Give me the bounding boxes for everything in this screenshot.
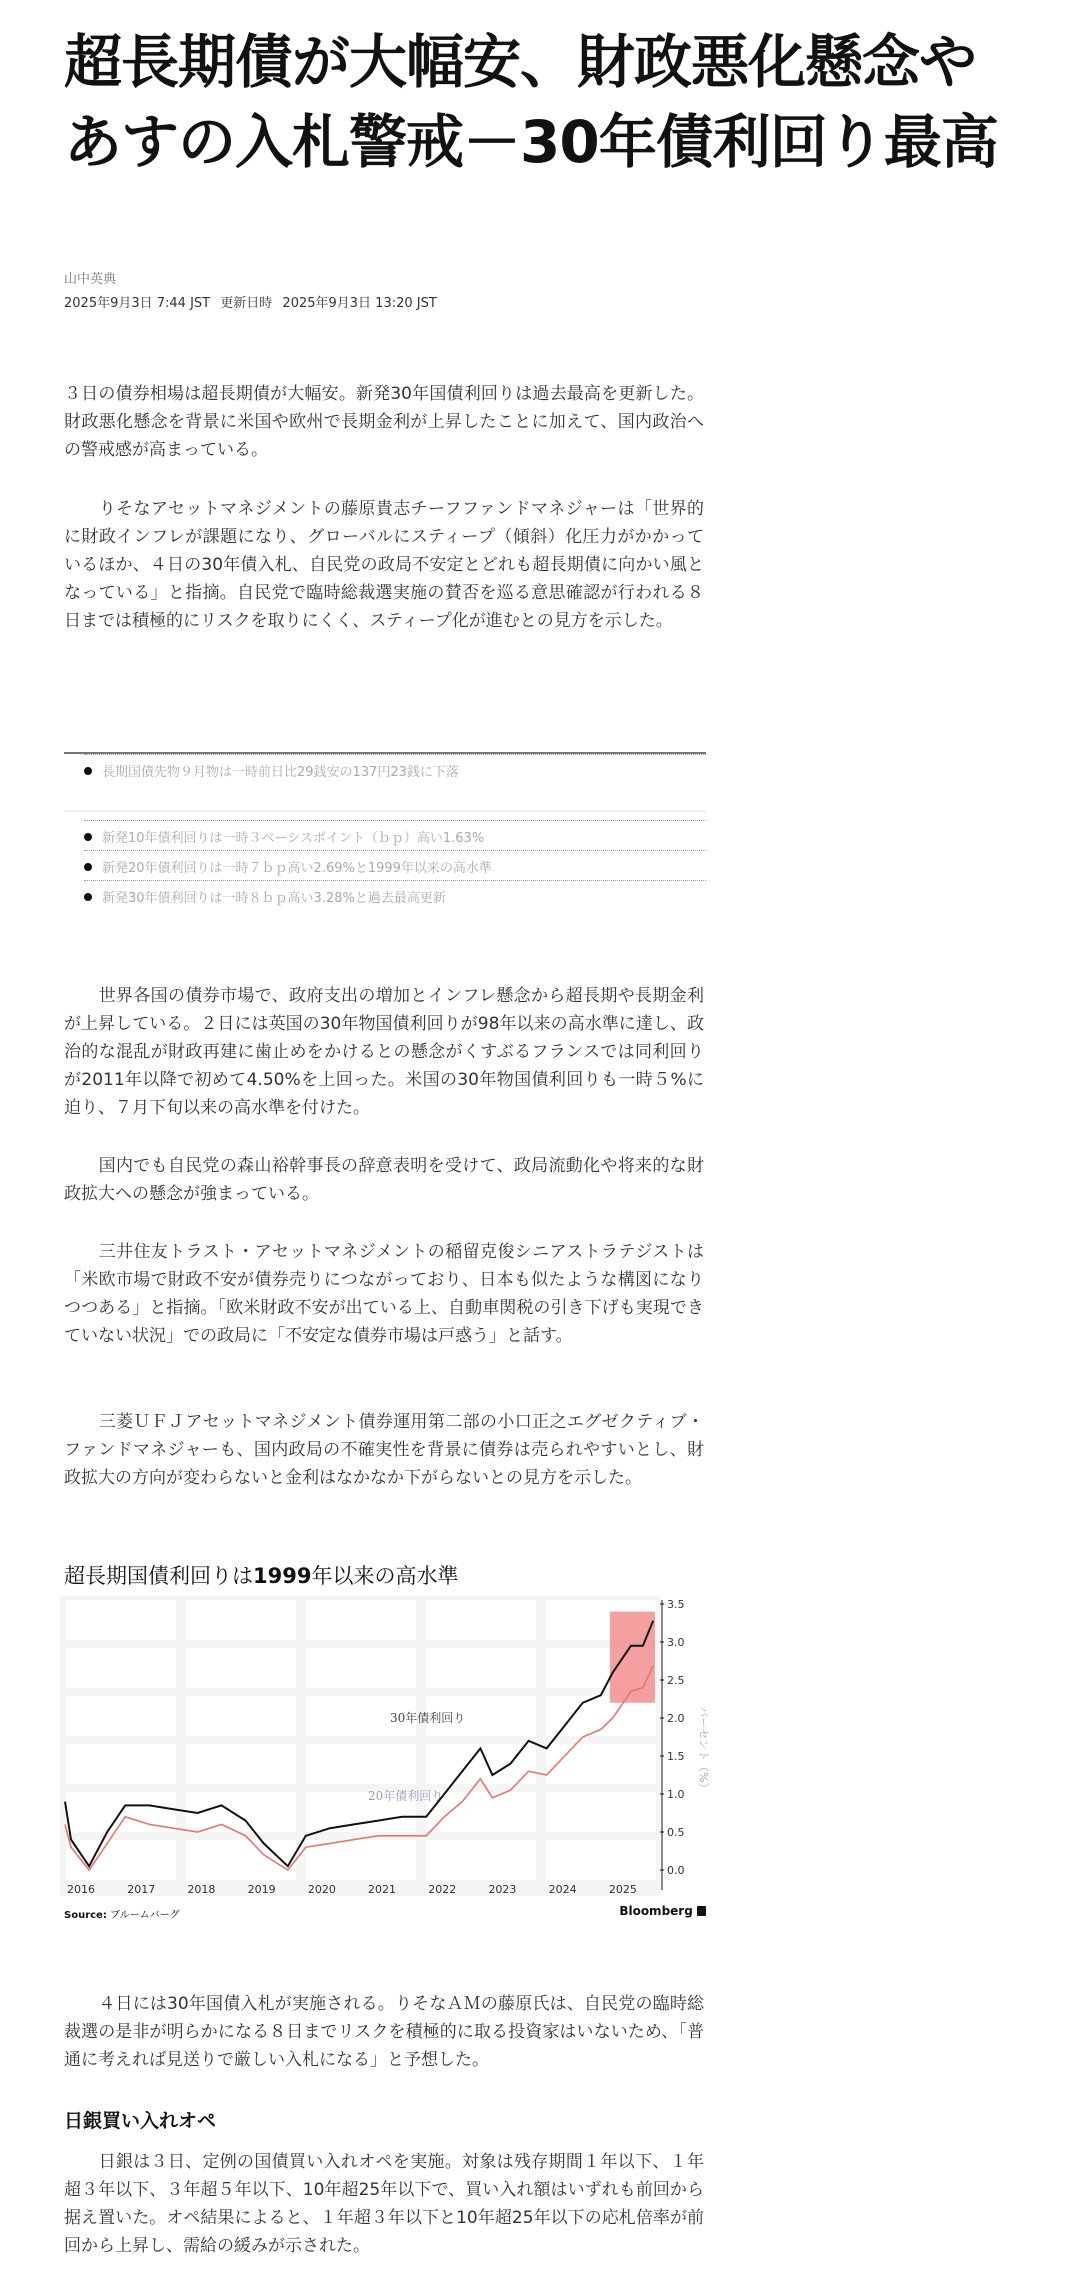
summary-bullet: 新発30年債利回りは一時８ｂｐ高い3.28%と過去最高更新 [84, 880, 706, 910]
bullet-icon [84, 893, 92, 901]
svg-text:30年債利回り: 30年債利回り [390, 1710, 465, 1725]
svg-text:2025: 2025 [609, 1883, 637, 1896]
svg-text:2016: 2016 [67, 1883, 95, 1896]
bullet-icon [84, 863, 92, 871]
svg-text:2022: 2022 [428, 1883, 456, 1896]
summary-bullet: 長期国債先物９月物は一時前日比29銭安の137円23銭に下落 [84, 754, 706, 784]
svg-text:1.0: 1.0 [667, 1788, 685, 1801]
svg-text:2023: 2023 [488, 1883, 516, 1896]
headline: 超長期債が大幅安、財政悪化懸念やあすの入札警戒－30年債利回り最高 [64, 22, 1024, 182]
svg-text:0.0: 0.0 [667, 1864, 685, 1877]
svg-text:2021: 2021 [368, 1883, 396, 1896]
svg-text:3.5: 3.5 [667, 1598, 685, 1611]
section-heading: 日銀買い入れオペ [64, 2106, 216, 2133]
svg-text:2020: 2020 [308, 1883, 336, 1896]
svg-text:3.0: 3.0 [667, 1636, 685, 1649]
chart-source: Source: ブルームバーグ [64, 1906, 180, 1921]
svg-text:2.5: 2.5 [667, 1674, 685, 1687]
svg-text:2019: 2019 [248, 1883, 276, 1896]
paragraph-2: りそなアセットマネジメントの藤原貴志チーフファンドマネジャーは「世界的に財政イン… [64, 495, 704, 635]
summary-box: 長期国債先物９月物は一時前日比29銭安の137円23銭に下落 新発10年債利回り… [64, 752, 706, 910]
paragraph-7: ４日には30年国債入札が実施される。りそなＡＭの藤原氏は、自民党の臨時総裁選の是… [64, 1990, 704, 2074]
bloomberg-logo: Bloomberg [619, 1904, 706, 1918]
bullet-icon [84, 767, 92, 775]
svg-text:20年債利回り: 20年債利回り [368, 1788, 443, 1803]
paragraph-5: 三井住友トラスト・アセットマネジメントの稲留克俊シニアストラテジストは「米欧市場… [64, 1238, 704, 1350]
paragraph-4: 国内でも自民党の森山裕幹事長の辞意表明を受けて、政局流動化や将来的な財政拡大への… [64, 1152, 704, 1208]
svg-text:1.5: 1.5 [667, 1750, 685, 1763]
svg-text:パーセント（%）: パーセント（%） [697, 1706, 710, 1793]
updated-label: 更新日時 [220, 296, 272, 311]
published-time: 2025年9月3日 7:44 JST [64, 296, 210, 311]
dateline: 2025年9月3日 7:44 JST 更新日時 2025年9月3日 13:20 … [64, 292, 443, 311]
bullet-icon [84, 833, 92, 841]
line-chart-plot: 30年債利回り20年債利回り3.53.02.52.01.51.00.50.0パー… [60, 1560, 720, 1900]
summary-bullet: 新発20年債利回りは一時７ｂｐ高い2.69%と1999年以来の高水準 [84, 850, 706, 880]
svg-text:0.5: 0.5 [667, 1826, 685, 1839]
paragraph-3: 世界各国の債券市場で、政府支出の増加とインフレ懸念から超長期や長期金利が上昇して… [64, 982, 704, 1122]
svg-text:2024: 2024 [549, 1883, 577, 1896]
svg-text:2.0: 2.0 [667, 1712, 685, 1725]
yield-chart: 超長期国債利回りは1999年以来の高水準 30年債利回り20年債利回り3.53.… [60, 1560, 720, 1930]
paragraph-6: 三菱ＵＦＪアセットマネジメント債券運用第二部の小口正之エグゼクティブ・ファンドマ… [64, 1408, 704, 1492]
bloomberg-icon [697, 1906, 706, 1916]
updated-time: 2025年9月3日 13:20 JST [282, 296, 436, 311]
summary-divider [64, 784, 706, 812]
paragraph-1: ３日の債券相場は超長期債が大幅安。新発30年国債利回りは過去最高を更新した。財政… [64, 380, 704, 464]
svg-text:2018: 2018 [187, 1883, 215, 1896]
summary-bullet: 新発10年債利回りは一時３ベーシスポイント（ｂｐ）高い1.63% [84, 820, 706, 850]
svg-text:2017: 2017 [127, 1883, 155, 1896]
author[interactable]: 山中英典 [64, 268, 116, 287]
paragraph-8: 日銀は３日、定例の国債買い入れオペを実施。対象は残存期間１年以下、１年超３年以下… [64, 2148, 704, 2260]
